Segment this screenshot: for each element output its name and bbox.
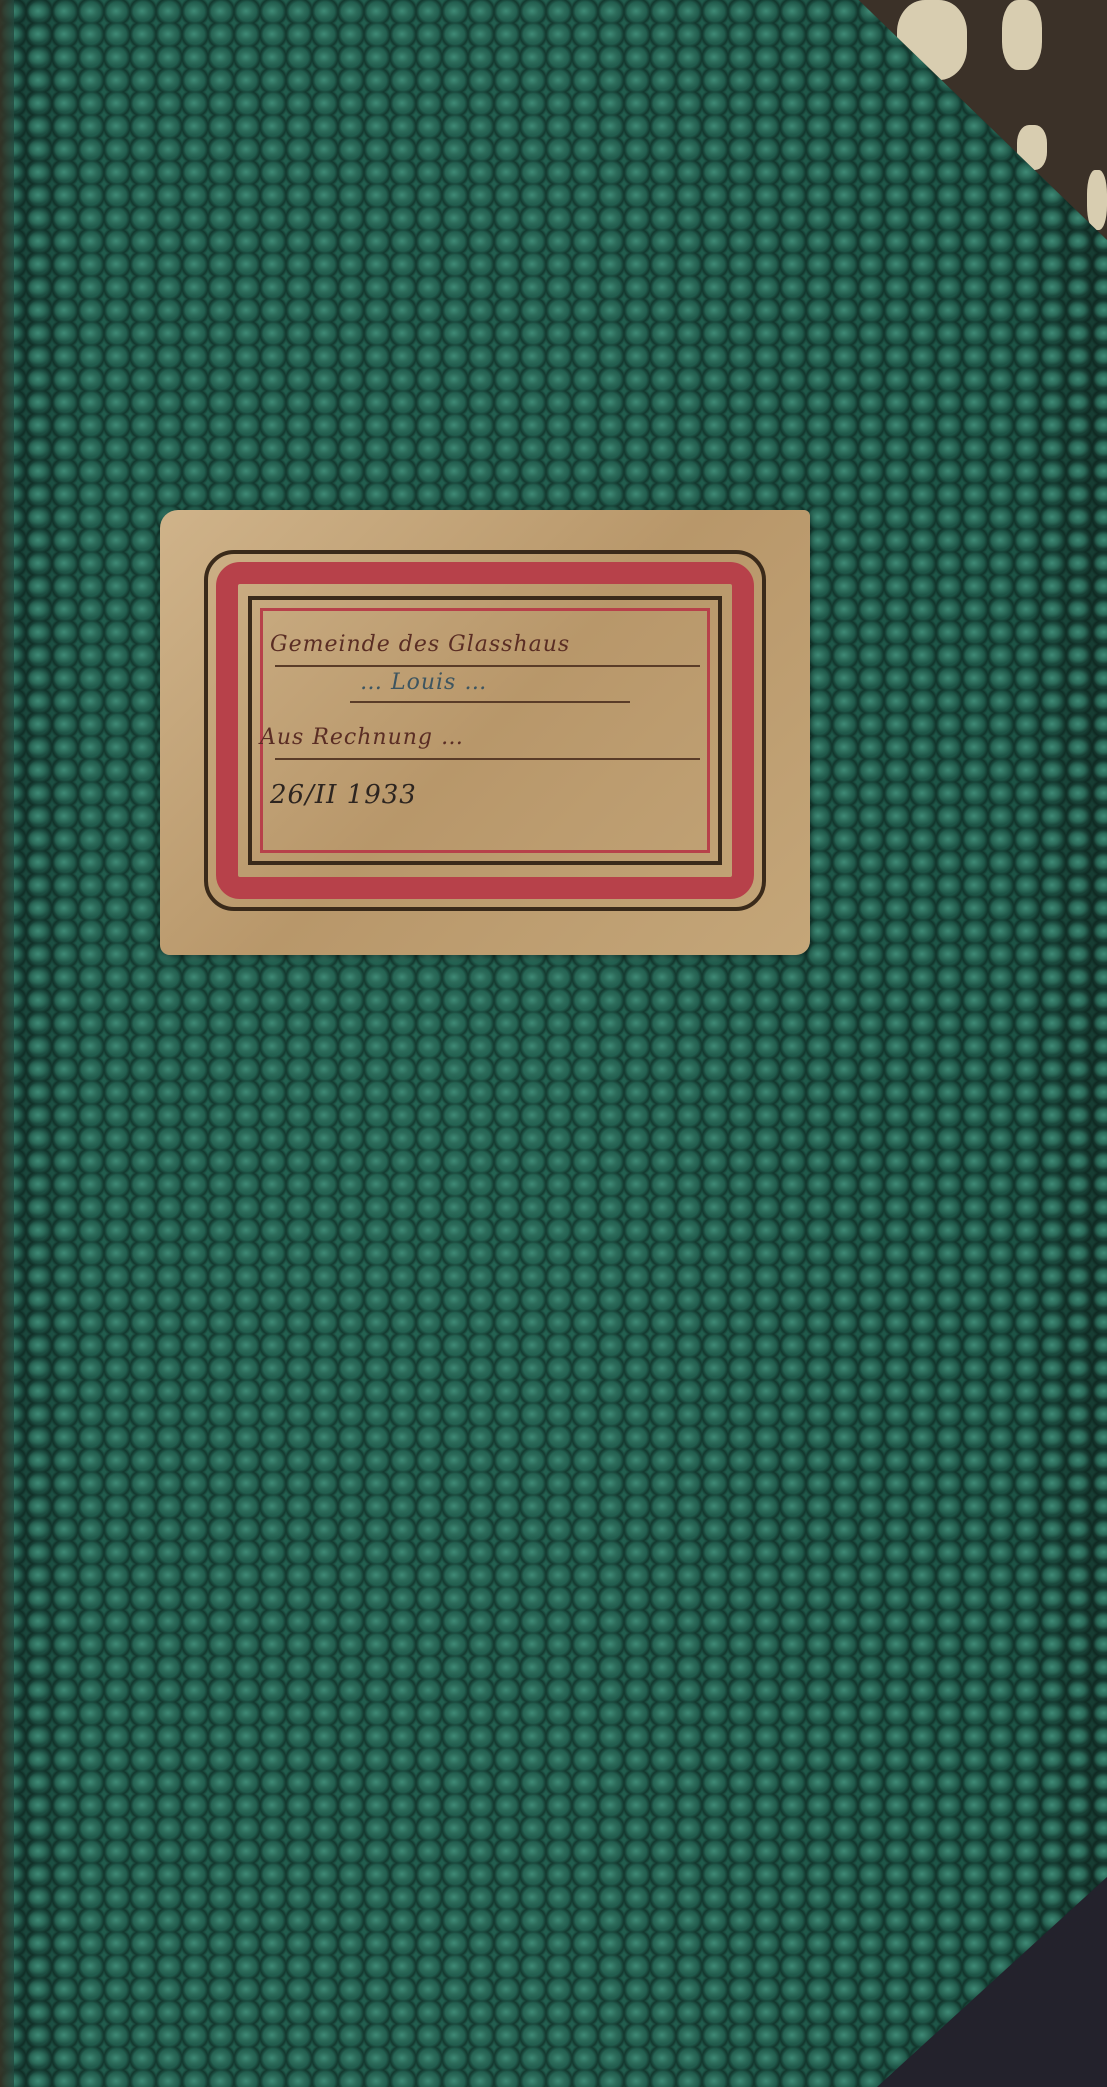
label-ruled-line — [350, 701, 630, 703]
label-date: 26/II 1933 — [270, 780, 417, 810]
notebook-cover — [0, 0, 1107, 2087]
cover-label: Gemeinde des Glasshaus … Louis … Aus Rec… — [160, 510, 810, 955]
label-handwriting-line-3: Aus Rechnung … — [260, 725, 464, 750]
label-handwriting-line-2: … Louis … — [360, 670, 487, 695]
label-handwriting-line-1: Gemeinde des Glasshaus — [270, 632, 570, 657]
label-ruled-line — [275, 665, 700, 667]
label-ruled-line — [275, 758, 700, 760]
spine-edge — [0, 0, 14, 2087]
